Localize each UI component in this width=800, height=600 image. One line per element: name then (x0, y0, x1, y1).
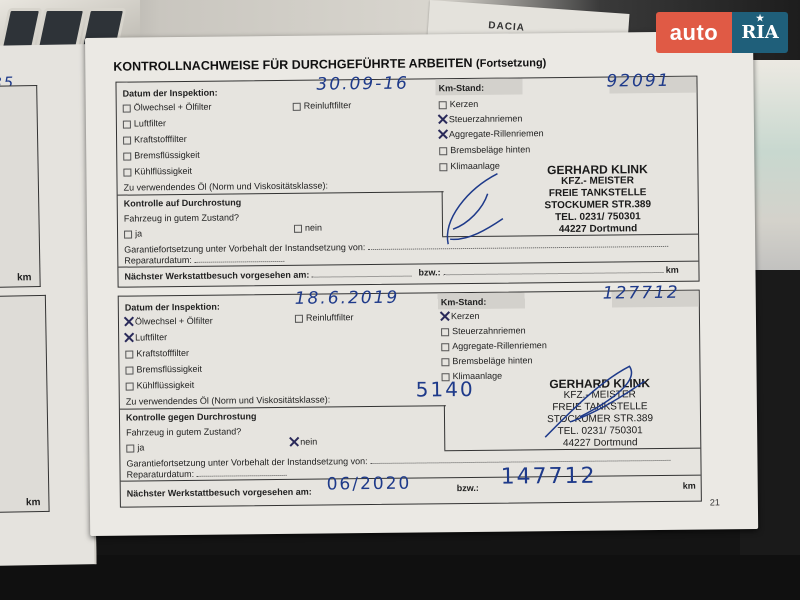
item-oil-change[interactable]: Ölwechsel + Ölfilter (123, 102, 212, 113)
item-label: Kühlflüssigkeit (134, 166, 192, 177)
checkbox[interactable] (439, 147, 447, 155)
item-label: Bremsflüssigkeit (136, 364, 202, 375)
date-label: Datum der Inspektion: (125, 302, 220, 313)
warranty-row: Garantiefortsetzung unter Vorbehalt der … (124, 239, 668, 255)
page-title: KONTROLLNACHWEISE FÜR DURCHGEFÜHRTE ARBE… (113, 55, 546, 74)
item-oil-change[interactable]: Ölwechsel + Ölfilter (125, 316, 213, 327)
dotted-field[interactable] (370, 460, 670, 464)
left-page: 85 km km (0, 44, 97, 566)
item-timing-belt[interactable]: Steuerzahnriemen (441, 325, 526, 336)
checkbox[interactable] (123, 120, 131, 128)
oil-spec-label: Zu verwendendes Öl (Norm und Viskositäts… (126, 394, 331, 406)
km-label: km (26, 497, 41, 508)
option-yes[interactable]: ja (124, 228, 142, 238)
booklet-page: KONTROLLNACHWEISE FÜR DURCHGEFÜHRTE ARBE… (85, 31, 758, 536)
checkbox-checked[interactable] (290, 438, 299, 447)
item-label: Reinluftfilter (306, 312, 354, 322)
signature-icon (539, 361, 650, 442)
condition-question: Fahrzeug in gutem Zustand? (126, 426, 241, 437)
repair-date-label: Reparaturdatum: (127, 469, 195, 480)
km-label: km (17, 272, 32, 283)
item-label: Bremsbeläge hinten (450, 144, 530, 155)
item-aircon[interactable]: Klimaanlage (442, 371, 503, 382)
item-fuel-filter[interactable]: Kraftstofffilter (123, 134, 187, 145)
autoria-logo-auto: auto (656, 12, 732, 53)
autoria-logo-ria: ★ RIA (732, 12, 788, 53)
checkbox-checked[interactable] (439, 130, 448, 139)
option-label: nein (300, 437, 317, 447)
km-unit: km (683, 481, 696, 491)
item-coolant[interactable]: Kühlflüssigkeit (123, 166, 192, 177)
oil-spec-label: Zu verwendendes Öl (Norm und Viskositäts… (124, 180, 329, 192)
item-label: Reinluftfilter (304, 100, 352, 110)
checkbox[interactable] (123, 152, 131, 160)
option-no[interactable]: nein (294, 223, 322, 233)
item-label: Kühlflüssigkeit (137, 380, 195, 391)
item-label: Luftfilter (134, 118, 166, 128)
repair-date-row: Reparaturdatum: (127, 468, 287, 480)
item-spark-plugs[interactable]: Kerzen (439, 99, 479, 109)
dotted-field[interactable] (368, 246, 668, 250)
inspection-date: 18.6.2019 (295, 288, 400, 309)
item-label: Steuerzahnriemen (452, 325, 526, 336)
item-label: Bremsbeläge hinten (452, 355, 532, 366)
checkbox[interactable] (125, 350, 133, 358)
dark-surface (0, 555, 800, 600)
item-label: Steuerzahnriemen (449, 113, 523, 124)
warranty-label: Garantiefortsetzung unter Vorbehalt der … (124, 242, 365, 255)
option-label: ja (135, 228, 142, 238)
item-label: Kraftstofffilter (136, 348, 189, 359)
checkbox-checked[interactable] (439, 115, 448, 124)
item-brake-fluid[interactable]: Bremsflüssigkeit (123, 150, 200, 161)
item-cabin-filter[interactable]: Reinluftfilter (293, 100, 352, 111)
checkbox[interactable] (293, 102, 301, 110)
item-fuel-filter[interactable]: Kraftstofffilter (125, 348, 189, 359)
item-coolant[interactable]: Kühlflüssigkeit (126, 380, 195, 391)
km-unit: km (666, 265, 679, 275)
next-visit-label: Nächster Werkstattbesuch vorgesehen am: (127, 487, 312, 499)
checkbox[interactable] (124, 230, 132, 238)
warranty-label: Garantiefortsetzung unter Vorbehalt der … (126, 456, 367, 469)
item-air-filter[interactable]: Luftfilter (125, 332, 167, 343)
item-label: Luftfilter (135, 332, 167, 342)
next-visit-km[interactable]: 147712 (500, 464, 596, 490)
or-label: bzw.: (418, 267, 440, 277)
checkbox[interactable] (125, 366, 133, 374)
item-spark-plugs[interactable]: Kerzen (441, 311, 480, 322)
repair-date-label: Reparaturdatum: (124, 255, 192, 266)
checkbox[interactable] (441, 343, 449, 351)
option-label: nein (305, 223, 322, 233)
item-label: Klimaanlage (453, 371, 503, 382)
inspection-date: 30.09-16 (316, 74, 409, 95)
checkbox[interactable] (123, 168, 131, 176)
checkbox[interactable] (126, 382, 134, 390)
km-label: Km-Stand: (441, 297, 487, 307)
next-visit-row: Nächster Werkstattbesuch vorgesehen am: (124, 269, 412, 282)
checkbox[interactable] (439, 101, 447, 109)
item-brake-fluid[interactable]: Bremsflüssigkeit (125, 364, 202, 375)
checkbox[interactable] (123, 136, 131, 144)
signature-icon (437, 169, 508, 250)
rust-check-title: Kontrolle auf Durchrostung (124, 197, 242, 208)
option-no[interactable]: nein (290, 437, 317, 447)
or-label: bzw.: (457, 483, 479, 493)
workshop-stamp: GERHARD KLINK KFZ.- MEISTER FREIE TANKST… (497, 163, 698, 237)
dotted-field[interactable] (197, 475, 287, 477)
item-label: Aggregate-Rillenriemen (449, 128, 544, 139)
star-icon: ★ (756, 14, 764, 24)
next-visit-label: Nächster Werkstattbesuch vorgesehen am: (124, 270, 309, 282)
item-label: Kerzen (450, 99, 479, 109)
item-cabin-filter[interactable]: Reinluftfilter (295, 312, 354, 323)
checkbox[interactable] (295, 314, 303, 322)
dacia-logo: DACIA (488, 20, 525, 34)
item-air-filter[interactable]: Luftfilter (123, 118, 166, 128)
checkbox[interactable] (126, 444, 134, 452)
inspection-form-2: Datum der Inspektion: 18.6.2019 Km-Stand… (118, 290, 702, 508)
next-km-row: bzw.: km (418, 265, 678, 278)
dotted-field[interactable] (194, 261, 284, 263)
item-label: Kerzen (451, 311, 480, 321)
dotted-field[interactable] (443, 272, 663, 275)
item-label: Aggregate-Rillenriemen (452, 340, 547, 351)
title-text: KONTROLLNACHWEISE FÜR DURCHGEFÜHRTE ARBE… (113, 56, 472, 74)
checkbox-checked[interactable] (441, 312, 450, 321)
checkbox[interactable] (441, 358, 449, 366)
item-accessory-belt[interactable]: Aggregate-Rillenriemen (439, 128, 544, 139)
checkbox-checked[interactable] (125, 334, 134, 343)
ria-text: RIA (741, 22, 778, 43)
item-label: Ölwechsel + Ölfilter (134, 102, 212, 113)
date-label: Datum der Inspektion: (123, 88, 218, 99)
condition-question: Fahrzeug in gutem Zustand? (124, 212, 239, 223)
title-suffix: (Fortsetzung) (476, 57, 546, 70)
km-label: Km-Stand: (438, 83, 484, 93)
km-reading: 127712 (603, 283, 680, 304)
item-label: Bremsflüssigkeit (134, 150, 200, 161)
next-visit-date[interactable]: 06/2020 (327, 474, 412, 495)
checkbox[interactable] (294, 224, 302, 232)
km-reading: 92091 (606, 71, 670, 92)
item-label: Kraftstofffilter (134, 134, 187, 145)
left-form-box: km (0, 295, 50, 513)
divider (444, 405, 445, 450)
repair-date-row: Reparaturdatum: (124, 254, 284, 266)
rust-check-title: Kontrolle gegen Durchrostung (126, 411, 257, 422)
item-rear-brakes[interactable]: Bremsbeläge hinten (441, 355, 532, 366)
checkbox-checked[interactable] (125, 318, 134, 327)
item-accessory-belt[interactable]: Aggregate-Rillenriemen (441, 340, 547, 351)
item-timing-belt[interactable]: Steuerzahnriemen (439, 113, 523, 124)
dotted-field[interactable] (312, 276, 412, 278)
checkbox[interactable] (441, 328, 449, 336)
option-yes[interactable]: ja (126, 442, 144, 452)
page-number: 21 (710, 497, 720, 507)
left-form-box: km (0, 85, 41, 288)
item-label: Ölwechsel + Ölfilter (135, 316, 213, 327)
checkbox[interactable] (442, 373, 450, 381)
item-rear-brakes[interactable]: Bremsbeläge hinten (439, 144, 530, 155)
inspection-form-1: Datum der Inspektion: 30.09-16 Km-Stand:… (115, 76, 699, 288)
checkbox[interactable] (123, 104, 131, 112)
option-label: ja (137, 442, 144, 452)
stamp-line: 44227 Dortmund (498, 223, 698, 237)
